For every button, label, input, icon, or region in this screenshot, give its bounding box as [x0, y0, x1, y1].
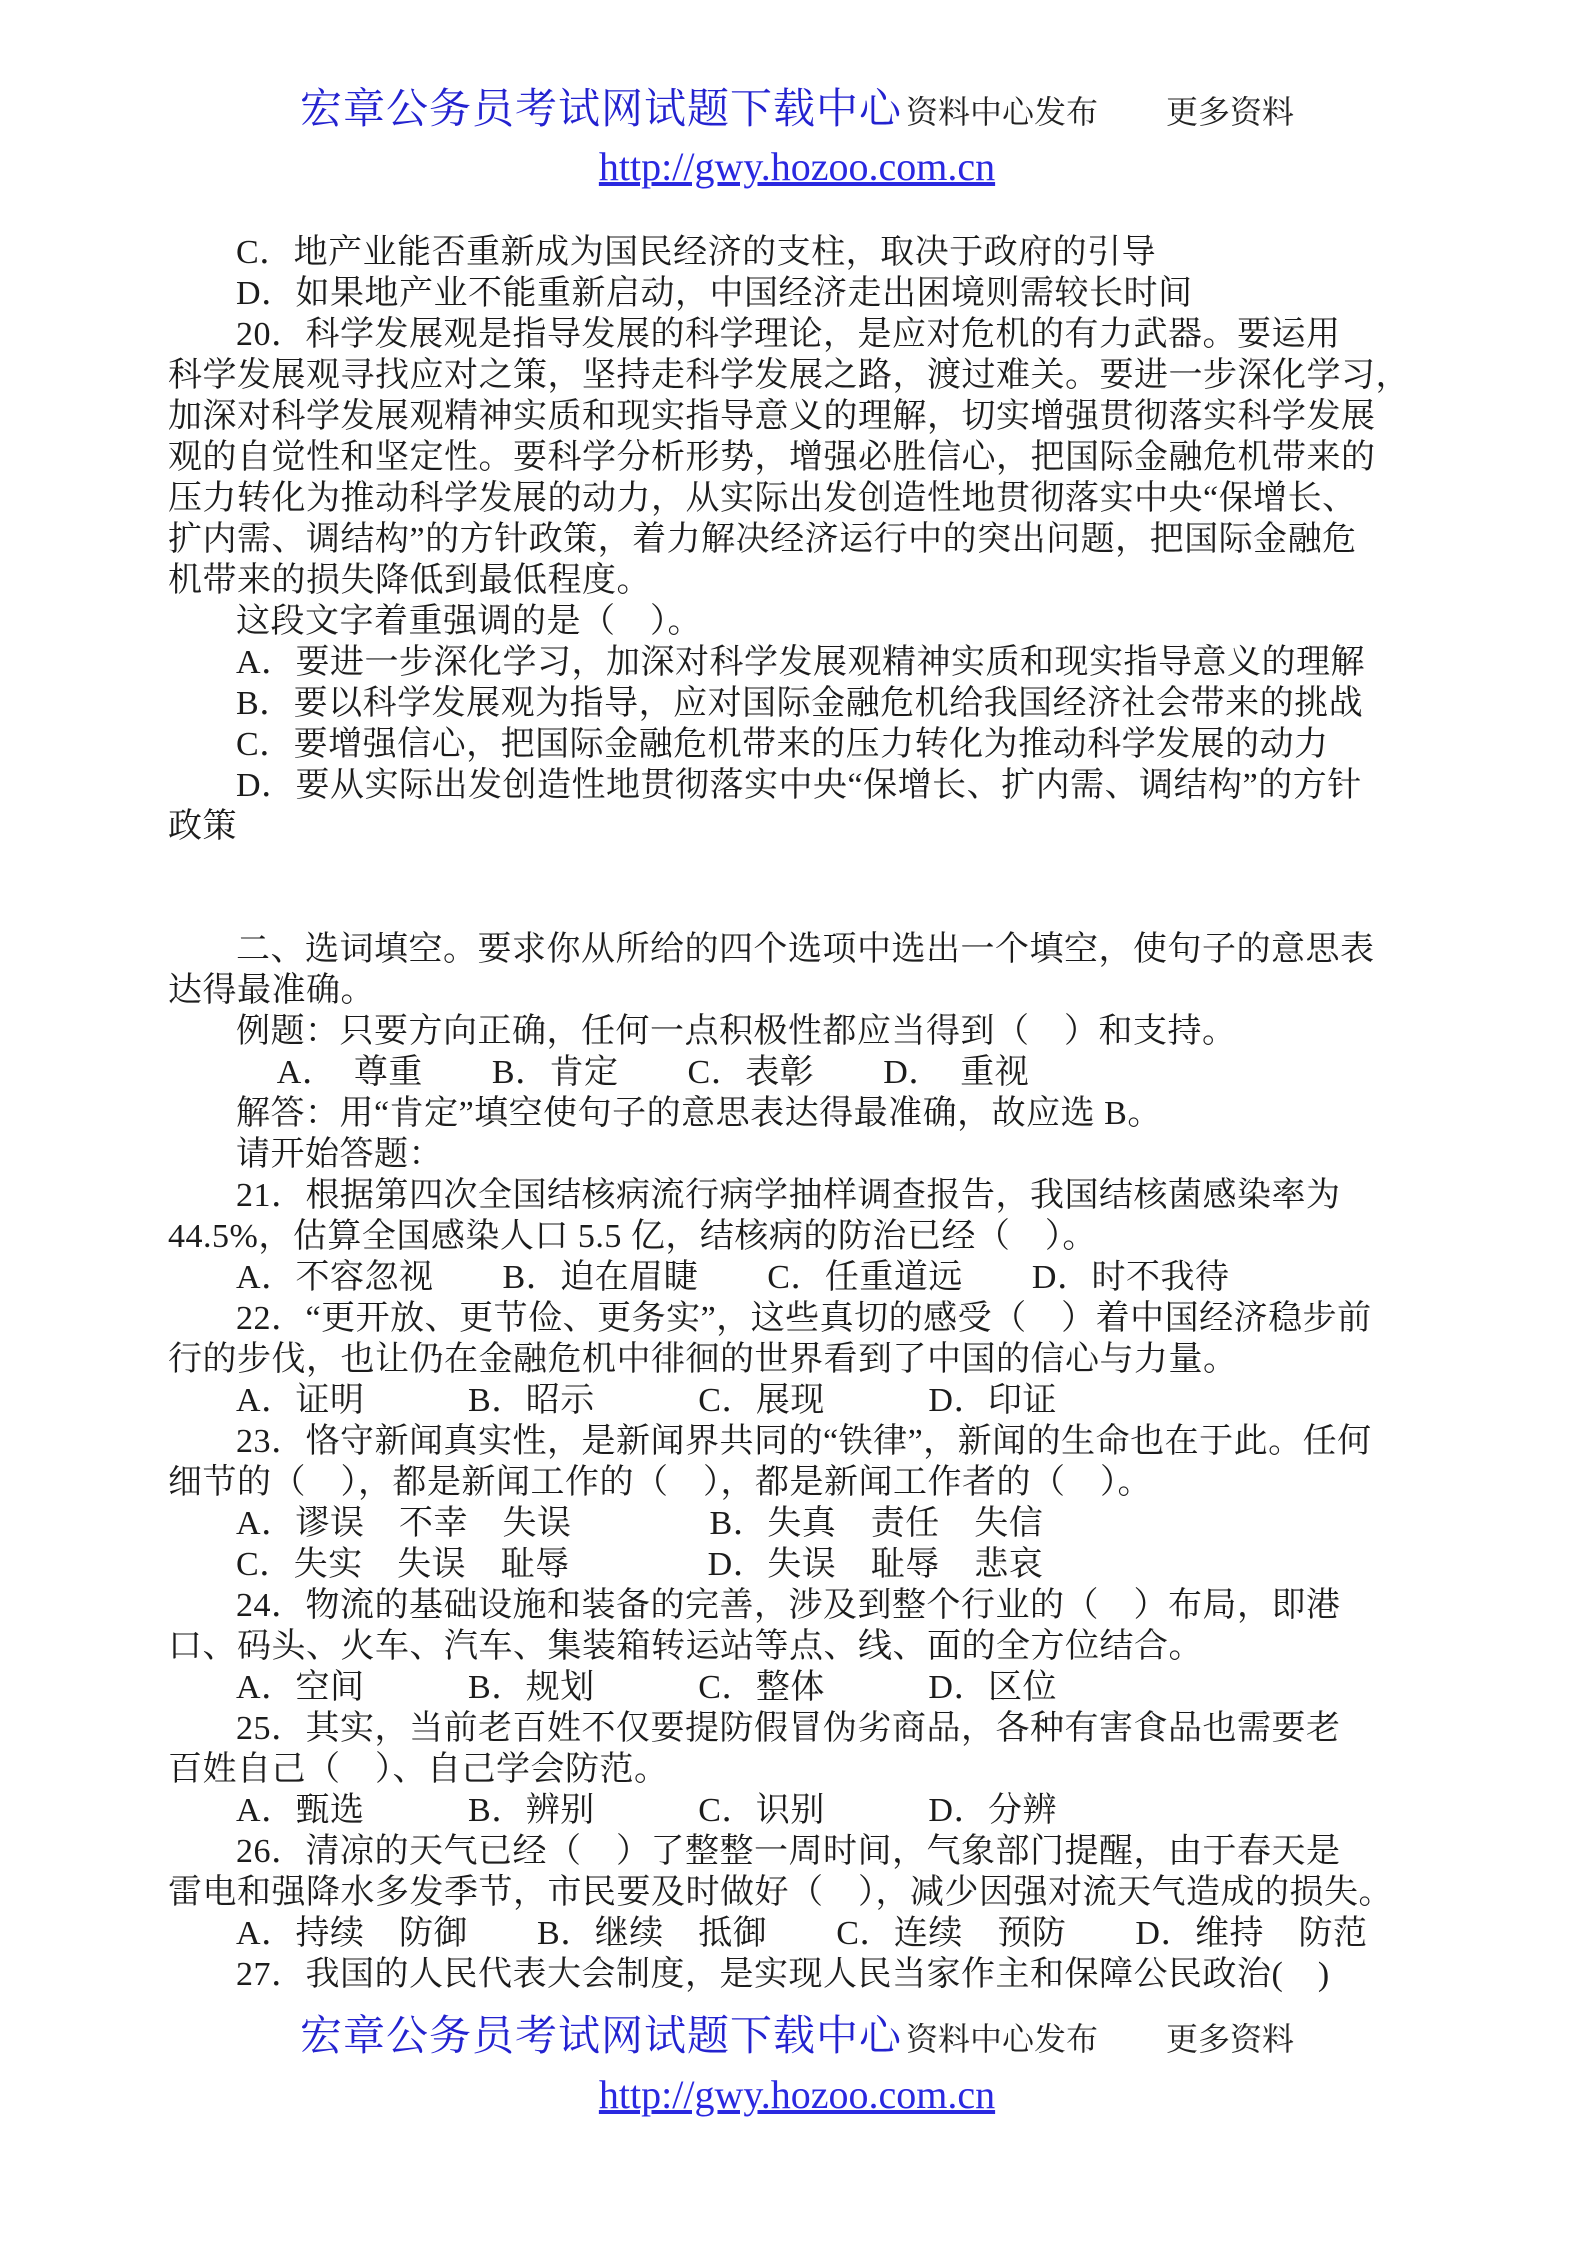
text-line: 21．根据第四次全国结核病流行病学抽样调查报告，我国结核菌感染率为	[168, 1175, 1444, 1216]
text-line: 这段文字着重强调的是（ ）。	[168, 601, 1444, 642]
blank-line	[168, 847, 1444, 888]
blank-line	[168, 888, 1444, 929]
page-footer: 宏章公务员考试网试题下载中心资料中心发布更多资料 http://gwy.hozo…	[0, 2013, 1594, 2117]
footer-site-title: 宏章公务员考试网试题下载中心	[300, 2014, 902, 2060]
text-line: 二、选词填空。要求你从所给的四个选项中选出一个填空，使句子的意思表	[168, 929, 1444, 970]
text-line: A．空间 B．规划 C．整体 D．区位	[168, 1667, 1444, 1708]
text-line: B．要以科学发展观为指导，应对国际金融危机给我国经济社会带来的挑战	[168, 683, 1444, 724]
text-line: 行的步伐，也让仍在金融危机中徘徊的世界看到了中国的信心与力量。	[168, 1339, 1444, 1380]
footer-more-resources-label: 更多资料	[1166, 2021, 1294, 2057]
text-line: A．不容忽视 B．迫在眉睫 C．任重道远 D．时不我待	[168, 1257, 1444, 1298]
text-line: 达得最准确。	[168, 970, 1444, 1011]
site-title: 宏章公务员考试网试题下载中心	[300, 87, 902, 133]
text-line: 22．“更开放、更节俭、更务实”，这些真切的感受（ ）着中国经济稳步前	[168, 1298, 1444, 1339]
text-line: A．谬误 不幸 失误 B．失真 责任 失信	[168, 1503, 1444, 1544]
footer-url-row: http://gwy.hozoo.com.cn	[0, 2072, 1594, 2118]
text-line: A．要进一步深化学习，加深对科学发展观精神实质和现实指导意义的理解	[168, 642, 1444, 683]
text-line: D．如果地产业不能重新启动，中国经济走出困境则需较长时间	[168, 273, 1444, 314]
text-line: A．甄选 B．辨别 C．识别 D．分辨	[168, 1790, 1444, 1831]
exam-document-page: 宏章公务员考试网试题下载中心资料中心发布更多资料 http://gwy.hozo…	[0, 0, 1594, 2252]
text-line: 25．其实，当前老百姓不仅要提防假冒伪劣商品，各种有害食品也需要老	[168, 1708, 1444, 1749]
publisher-label: 资料中心发布	[906, 94, 1098, 130]
text-line: 20．科学发展观是指导发展的科学理论，是应对危机的有力武器。要运用	[168, 314, 1444, 355]
footer-title-row: 宏章公务员考试网试题下载中心资料中心发布更多资料	[0, 2013, 1594, 2061]
header-title-row: 宏章公务员考试网试题下载中心资料中心发布更多资料	[0, 86, 1594, 134]
text-line: A． 尊重 B．肯定 C．表彰 D． 重视	[168, 1052, 1444, 1093]
text-line: A．证明 B．昭示 C．展现 D．印证	[168, 1380, 1444, 1421]
text-line: 观的自觉性和坚定性。要科学分析形势，增强必胜信心，把国际金融危机带来的	[168, 437, 1444, 478]
text-line: C．失实 失误 耻辱 D．失误 耻辱 悲哀	[168, 1544, 1444, 1585]
text-line: 27．我国的人民代表大会制度，是实现人民当家作主和保障公民政治( )	[168, 1954, 1444, 1995]
header-url-row: http://gwy.hozoo.com.cn	[0, 144, 1594, 190]
text-line: 科学发展观寻找应对之策，坚持走科学发展之路，渡过难关。要进一步深化学习，	[168, 355, 1444, 396]
text-line: 24．物流的基础设施和装备的完善，涉及到整个行业的（ ）布局，即港	[168, 1585, 1444, 1626]
text-line: 请开始答题：	[168, 1134, 1444, 1175]
text-line: 扩内需、调结构”的方针政策，着力解决经济运行中的突出问题，把国际金融危	[168, 519, 1444, 560]
text-line: 压力转化为推动科学发展的动力，从实际出发创造性地贯彻落实中央“保增长、	[168, 478, 1444, 519]
footer-publisher-label: 资料中心发布	[906, 2021, 1098, 2057]
text-line: 政策	[168, 806, 1444, 847]
text-line: C．地产业能否重新成为国民经济的支柱，取决于政府的引导	[168, 232, 1444, 273]
text-line: 细节的（ ），都是新闻工作的（ ），都是新闻工作者的（ ）。	[168, 1462, 1444, 1503]
text-line: 解答：用“肯定”填空使句子的意思表达得最准确，故应选 B。	[168, 1093, 1444, 1134]
text-line: D．要从实际出发创造性地贯彻落实中央“保增长、扩内需、调结构”的方针	[168, 765, 1444, 806]
footer-site-url-link[interactable]: http://gwy.hozoo.com.cn	[599, 2072, 995, 2117]
text-line: 44.5%，估算全国感染人口 5.5 亿，结核病的防治已经（ ）。	[168, 1216, 1444, 1257]
more-resources-label: 更多资料	[1166, 94, 1294, 130]
page-header: 宏章公务员考试网试题下载中心资料中心发布更多资料 http://gwy.hozo…	[0, 86, 1594, 190]
text-line: 加深对科学发展观精神实质和现实指导意义的理解，切实增强贯彻落实科学发展	[168, 396, 1444, 437]
text-line: 口、码头、火车、汽车、集装箱转运站等点、线、面的全方位结合。	[168, 1626, 1444, 1667]
text-line: A．持续 防御 B．继续 抵御 C．连续 预防 D．维持 防范	[168, 1913, 1444, 1954]
text-line: 百姓自己（ ）、自己学会防范。	[168, 1749, 1444, 1790]
site-url-link[interactable]: http://gwy.hozoo.com.cn	[599, 144, 995, 189]
text-line: 机带来的损失降低到最低程度。	[168, 560, 1444, 601]
text-line: C．要增强信心，把国际金融危机带来的压力转化为推动科学发展的动力	[168, 724, 1444, 765]
text-line: 例题：只要方向正确，任何一点积极性都应当得到（ ）和支持。	[168, 1011, 1444, 1052]
text-line: 23．恪守新闻真实性，是新闻界共同的“铁律”，新闻的生命也在于此。任何	[168, 1421, 1444, 1462]
text-line: 雷电和强降水多发季节，市民要及时做好（ ），减少因强对流天气造成的损失。	[168, 1872, 1444, 1913]
text-line: 26．清凉的天气已经（ ）了整整一周时间，气象部门提醒，由于春天是	[168, 1831, 1444, 1872]
document-body: C．地产业能否重新成为国民经济的支柱，取决于政府的引导D．如果地产业不能重新启动…	[0, 232, 1594, 1995]
